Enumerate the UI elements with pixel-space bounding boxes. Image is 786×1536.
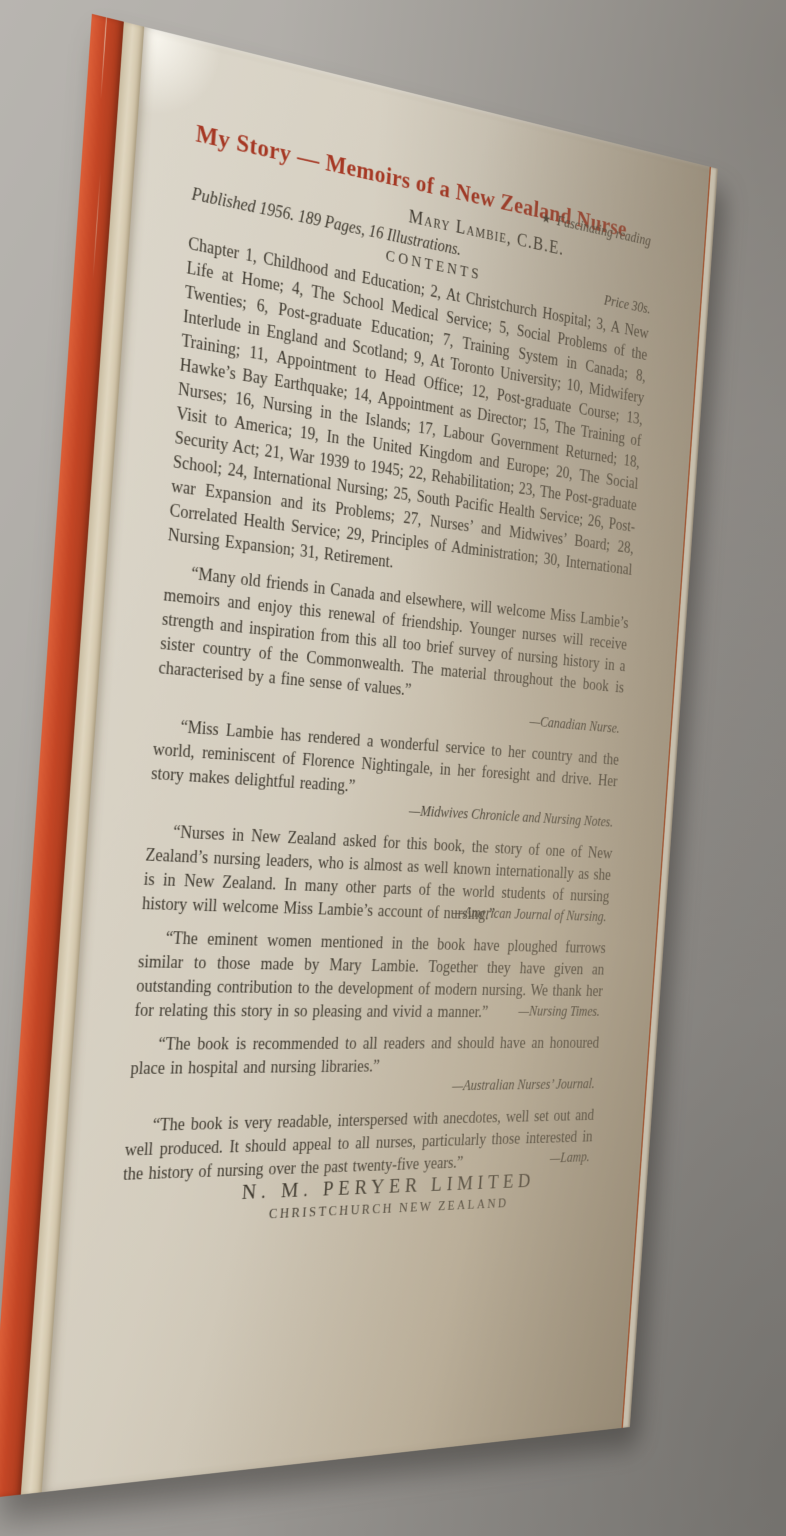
review: “The eminent women mentioned in the book… bbox=[134, 926, 606, 1022]
book: My Story — Memoirs of a New Zealand Nurs… bbox=[0, 14, 718, 1498]
review: “The book is recommended to all readers … bbox=[128, 1032, 600, 1102]
review: “Nurses in New Zealand asked for this bo… bbox=[141, 819, 613, 928]
star-icon: ★ bbox=[541, 212, 551, 227]
photo-background: My Story — Memoirs of a New Zealand Nurs… bbox=[0, 0, 786, 1536]
review-quote: “The book is recommended to all readers … bbox=[130, 1032, 600, 1081]
back-cover: My Story — Memoirs of a New Zealand Nurs… bbox=[42, 27, 710, 1492]
